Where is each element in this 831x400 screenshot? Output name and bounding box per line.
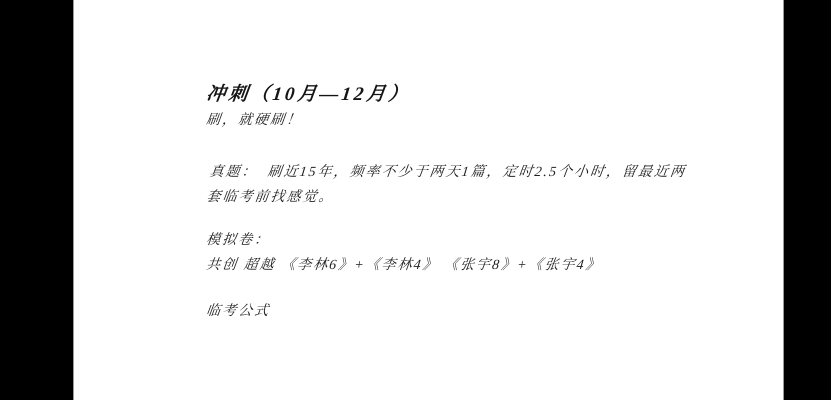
document-title: 冲刺（10月—12月）	[205, 84, 708, 106]
document-subtitle: 刷，就硬刷！	[205, 112, 707, 130]
real-exam-label: 真题：	[209, 165, 259, 180]
document-content: 冲刺（10月—12月） 刷，就硬刷！ 真题：刷近15年，频率不少于两天1篇，定时…	[205, 84, 705, 321]
final-formula-label: 临考公式	[205, 303, 707, 321]
mock-exam-label: 模拟卷：	[205, 232, 707, 250]
document-viewer: 冲刺（10月—12月） 刷，就硬刷！ 真题：刷近15年，频率不少于两天1篇，定时…	[0, 0, 831, 400]
real-exam-text: 刷近15年，频率不少于两天1篇，定时2.5个小时，留最近两套临考前找感觉。	[206, 165, 687, 205]
real-exam-paragraph: 真题：刷近15年，频率不少于两天1篇，定时2.5个小时，留最近两套临考前找感觉。	[205, 160, 689, 210]
document-page: 冲刺（10月—12月） 刷，就硬刷！ 真题：刷近15年，频率不少于两天1篇，定时…	[73, 0, 784, 400]
letterbox-right	[784, 0, 831, 400]
letterbox-left	[0, 0, 73, 400]
mock-exam-list: 共创 超越 《李林6》+《李林4》 《张宇8》+《张宇4》	[205, 257, 707, 275]
